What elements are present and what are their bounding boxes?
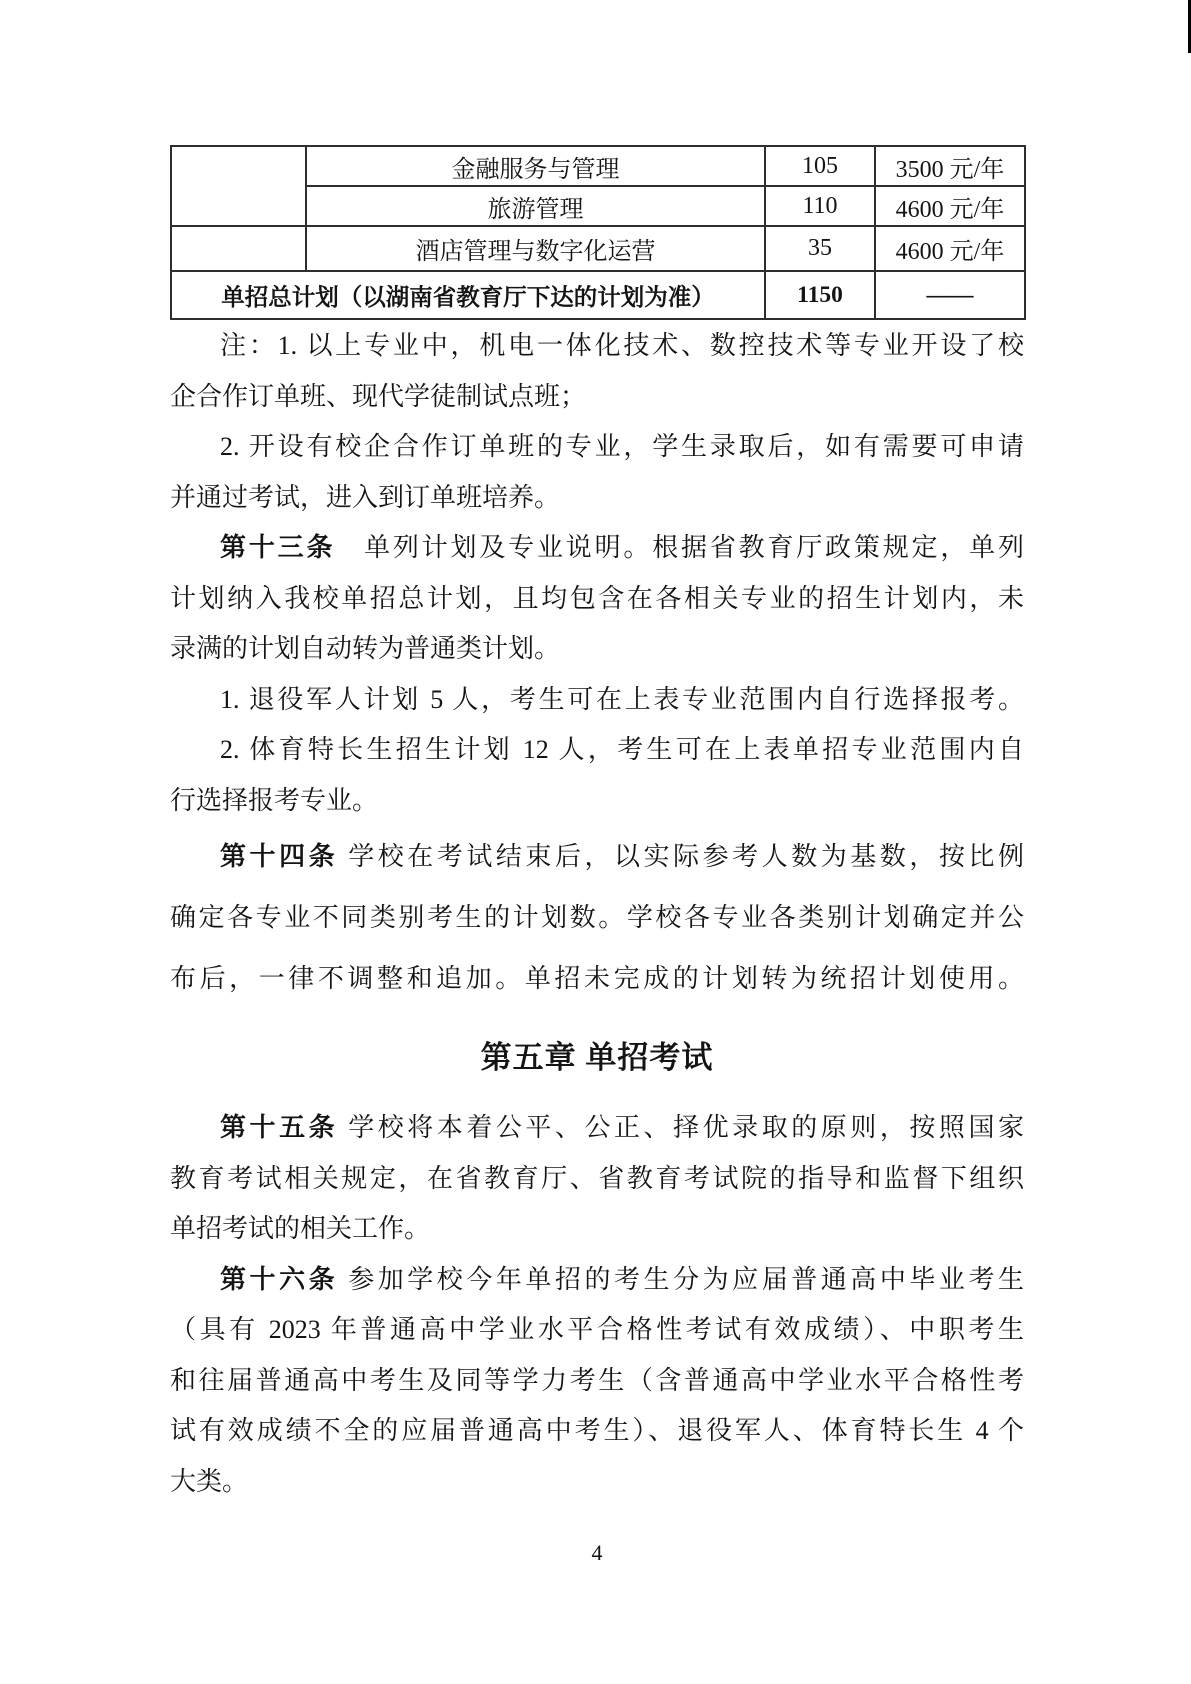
text-line: 行选择报考专业。 [170, 776, 1024, 827]
article-number: 第十六条 [220, 1265, 338, 1294]
total-label-cell: 单招总计划（以湖南省教育厅下达的计划为准） [171, 271, 765, 319]
text-line: 第十五条 学校将本着公平、公正、择优录取的原则，按照国家 [170, 1103, 1024, 1154]
text-run: 教育考试相关规定，在省教育厅、省教育考试院的指导和监督下组织 [170, 1164, 1024, 1193]
text-line: 和往届普通高中考生及同等学力考生（含普通高中学业水平合格性考 [170, 1356, 1024, 1407]
text-line: （具有 2023 年普通高中学业水平合格性考试有效成绩）、中职考生 [170, 1305, 1024, 1356]
plan-count-cell: 110 [765, 186, 875, 226]
text-line: 计划纳入我校单招总计划，且均包含在各相关专业的招生计划内，未 [170, 574, 1024, 625]
major-name-cell: 酒店管理与数字化运营 [306, 226, 765, 271]
paragraph: 注：1. 以上专业中，机电一体化技术、数控技术等专业开设了校企合作订单班、现代学… [170, 321, 1024, 422]
text-line: 2. 开设有校企合作订单班的专业，学生录取后，如有需要可申请 [170, 422, 1024, 473]
text-run: 和往届普通高中考生及同等学力考生（含普通高中学业水平合格性考 [170, 1366, 1024, 1395]
text-run: 企合作订单班、现代学徒制试点班； [170, 382, 586, 411]
page-content: 金融服务与管理 105 3500 元/年 旅游管理 110 4600 元/年 酒… [170, 145, 1024, 1507]
table-row: 酒店管理与数字化运营 35 4600 元/年 [171, 226, 1025, 271]
section-before-heading: 注：1. 以上专业中，机电一体化技术、数控技术等专业开设了校企合作订单班、现代学… [170, 321, 1024, 1009]
tuition-fee-cell: 3500 元/年 [875, 146, 1025, 186]
text-line: 试有效成绩不全的应届普通高中考生）、退役军人、体育特长生 4 个 [170, 1406, 1024, 1457]
text-line: 2. 体育特长生招生计划 12 人，考生可在上表单招专业范围内自 [170, 725, 1024, 776]
text-line: 录满的计划自动转为普通类计划。 [170, 624, 1024, 675]
text-line: 1. 退役军人计划 5 人，考生可在上表专业范围内自行选择报考。 [170, 675, 1024, 726]
document-body: 注：1. 以上专业中，机电一体化技术、数控技术等专业开设了校企合作订单班、现代学… [170, 321, 1024, 1507]
text-run: 2. 体育特长生招生计划 12 人，考生可在上表单招专业范围内自 [220, 735, 1024, 764]
text-run: 大类。 [170, 1467, 248, 1496]
text-run: 确定各专业不同类别考生的计划数。学校各专业各类别计划确定并公 [170, 903, 1024, 932]
page-footer: 4 [170, 1540, 1024, 1566]
major-name-cell: 旅游管理 [306, 186, 765, 226]
text-line: 布后，一律不调整和追加。单招未完成的计划转为统招计划使用。 [170, 948, 1024, 1009]
text-run: 注：1. 以上专业中，机电一体化技术、数控技术等专业开设了校 [220, 331, 1024, 360]
text-run: 1. 退役军人计划 5 人，考生可在上表专业范围内自行选择报考。 [220, 685, 1024, 714]
paragraph: 第十三条 单列计划及专业说明。根据省教育厅政策规定，单列计划纳入我校单招总计划，… [170, 523, 1024, 675]
text-run: 单招考试的相关工作。 [170, 1214, 430, 1243]
article-number: 第十三条 [220, 533, 335, 562]
table-row: 金融服务与管理 105 3500 元/年 [171, 146, 1025, 186]
total-fee-cell: —— [875, 271, 1025, 319]
text-line: 大类。 [170, 1457, 1024, 1508]
text-run: 计划纳入我校单招总计划，且均包含在各相关专业的招生计划内，未 [170, 584, 1024, 613]
plan-count-cell: 35 [765, 226, 875, 271]
text-line: 企合作订单班、现代学徒制试点班； [170, 372, 1024, 423]
text-run: 学校在考试结束后，以实际参考人数为基数，按比例 [338, 842, 1024, 871]
category-cell-empty [171, 146, 306, 226]
text-line: 第十三条 单列计划及专业说明。根据省教育厅政策规定，单列 [170, 523, 1024, 574]
text-run: 试有效成绩不全的应届普通高中考生）、退役军人、体育特长生 4 个 [170, 1416, 1024, 1445]
enrollment-plan-table: 金融服务与管理 105 3500 元/年 旅游管理 110 4600 元/年 酒… [170, 145, 1026, 320]
text-run: 参加学校今年单招的考生分为应届普通高中毕业考生 [338, 1265, 1024, 1294]
text-run: 并通过考试，进入到订单班培养。 [170, 483, 560, 512]
text-line: 第十六条 参加学校今年单招的考生分为应届普通高中毕业考生 [170, 1255, 1024, 1306]
total-count-cell: 1150 [765, 271, 875, 319]
paragraph: 1. 退役军人计划 5 人，考生可在上表专业范围内自行选择报考。 [170, 675, 1024, 726]
table-total-row: 单招总计划（以湖南省教育厅下达的计划为准） 1150 —— [171, 271, 1025, 319]
text-run: 单列计划及专业说明。根据省教育厅政策规定，单列 [335, 533, 1024, 562]
paragraph: 第十六条 参加学校今年单招的考生分为应届普通高中毕业考生（具有 2023 年普通… [170, 1255, 1024, 1508]
paragraph: 2. 开设有校企合作订单班的专业，学生录取后，如有需要可申请并通过考试，进入到订… [170, 422, 1024, 523]
section-after-heading: 第十五条 学校将本着公平、公正、择优录取的原则，按照国家教育考试相关规定，在省教… [170, 1103, 1024, 1507]
text-line: 教育考试相关规定，在省教育厅、省教育考试院的指导和监督下组织 [170, 1154, 1024, 1205]
text-line: 注：1. 以上专业中，机电一体化技术、数控技术等专业开设了校 [170, 321, 1024, 372]
text-run: 录满的计划自动转为普通类计划。 [170, 634, 560, 663]
text-run: 行选择报考专业。 [170, 786, 378, 815]
text-run: （具有 2023 年普通高中学业水平合格性考试有效成绩）、中职考生 [170, 1315, 1024, 1344]
article-number: 第十四条 [220, 842, 338, 871]
text-run: 布后，一律不调整和追加。单招未完成的计划转为统招计划使用。 [170, 964, 1024, 993]
paragraph: 第十五条 学校将本着公平、公正、择优录取的原则，按照国家教育考试相关规定，在省教… [170, 1103, 1024, 1255]
plan-count-cell: 105 [765, 146, 875, 186]
major-name-cell: 金融服务与管理 [306, 146, 765, 186]
paragraph: 第十四条 学校在考试结束后，以实际参考人数为基数，按比例确定各专业不同类别考生的… [170, 826, 1024, 1009]
text-line: 第十四条 学校在考试结束后，以实际参考人数为基数，按比例 [170, 826, 1024, 887]
text-line: 确定各专业不同类别考生的计划数。学校各专业各类别计划确定并公 [170, 887, 1024, 948]
category-cell-empty [171, 226, 306, 271]
text-line: 单招考试的相关工作。 [170, 1204, 1024, 1255]
document-page: 金融服务与管理 105 3500 元/年 旅游管理 110 4600 元/年 酒… [0, 0, 1191, 1684]
article-number: 第十五条 [220, 1113, 338, 1142]
paragraph: 2. 体育特长生招生计划 12 人，考生可在上表单招专业范围内自行选择报考专业。 [170, 725, 1024, 826]
tuition-fee-cell: 4600 元/年 [875, 186, 1025, 226]
chapter-heading: 第五章 单招考试 [170, 1035, 1024, 1081]
text-run: 学校将本着公平、公正、择优录取的原则，按照国家 [338, 1113, 1024, 1142]
page-number: 4 [592, 1540, 603, 1565]
text-run: 2. 开设有校企合作订单班的专业，学生录取后，如有需要可申请 [220, 432, 1024, 461]
text-line: 并通过考试，进入到订单班培养。 [170, 473, 1024, 524]
tuition-fee-cell: 4600 元/年 [875, 226, 1025, 271]
